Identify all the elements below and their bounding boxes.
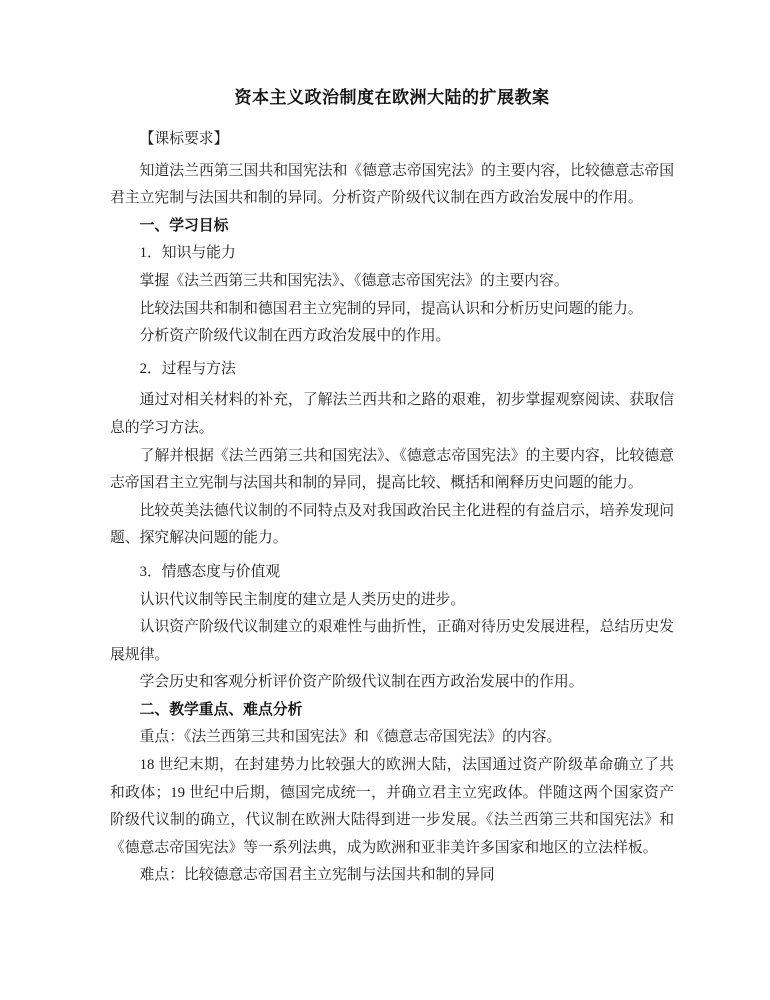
subheading-emotion-values: 3．情感态度与价值观	[110, 559, 674, 587]
subheading-knowledge-ability: 1．知识与能力	[110, 240, 674, 268]
document-title: 资本主义政治制度在欧洲大陆的扩展教案	[110, 86, 674, 110]
difficult-point: 难点：比较德意志帝国君主立宪制与法国共和制的异同	[110, 862, 674, 890]
value-hardship-twists: 认识资产阶级代议制建立的艰难性与曲折性，正确对待历史发展进程，总结历史发展规律。	[110, 614, 674, 669]
curriculum-standard-text: 知道法兰西第三国共和国宪法和《德意志帝国宪法》的主要内容，比较德意志帝国君主立宪…	[110, 158, 674, 213]
value-objective-analysis: 学会历史和客观分析评价资产阶级代议制在西方政治发展中的作用。	[110, 669, 674, 697]
value-democracy-progress: 认识代议制等民主制度的建立是人类历史的进步。	[110, 587, 674, 615]
background-paragraph: 18 世纪末期，在封建势力比较强大的欧洲大陆，法国通过资产阶级革命确立了共和政体…	[110, 752, 674, 862]
method-material-supplement: 通过对相关材料的补充，了解法兰西共和之路的艰难，初步掌握观察阅读、获取信息的学习…	[110, 387, 674, 442]
method-compare-constitutions: 了解并根据《法兰西第三共和国宪法》、《德意志帝国宪法》的主要内容，比较德意志帝国…	[110, 443, 674, 498]
label-curriculum-standard: 【课标要求】	[110, 126, 674, 154]
method-compare-uk-us-fr-de: 比较英美法德代议制的不同特点及对我国政治民主化进程的有益启示，培养发现问题、探究…	[110, 498, 674, 553]
goal-analyze-representative-system: 分析资产阶级代议制在西方政治发展中的作用。	[110, 323, 674, 351]
goal-master-constitutions: 掌握《法兰西第三共和国宪法》、《德意志帝国宪法》的主要内容。	[110, 268, 674, 296]
focus-point: 重点：《法兰西第三共和国宪法》和《德意志帝国宪法》的内容。	[110, 724, 674, 752]
heading-learning-goals: 一、学习目标	[110, 213, 674, 241]
document-page: 资本主义政治制度在欧洲大陆的扩展教案 【课标要求】 知道法兰西第三国共和国宪法和…	[0, 0, 770, 1000]
heading-teaching-focus: 二、教学重点、难点分析	[110, 697, 674, 725]
goal-compare-systems: 比较法国共和制和德国君主立宪制的异同，提高认识和分析历史问题的能力。	[110, 296, 674, 324]
subheading-process-method: 2．过程与方法	[110, 356, 674, 384]
